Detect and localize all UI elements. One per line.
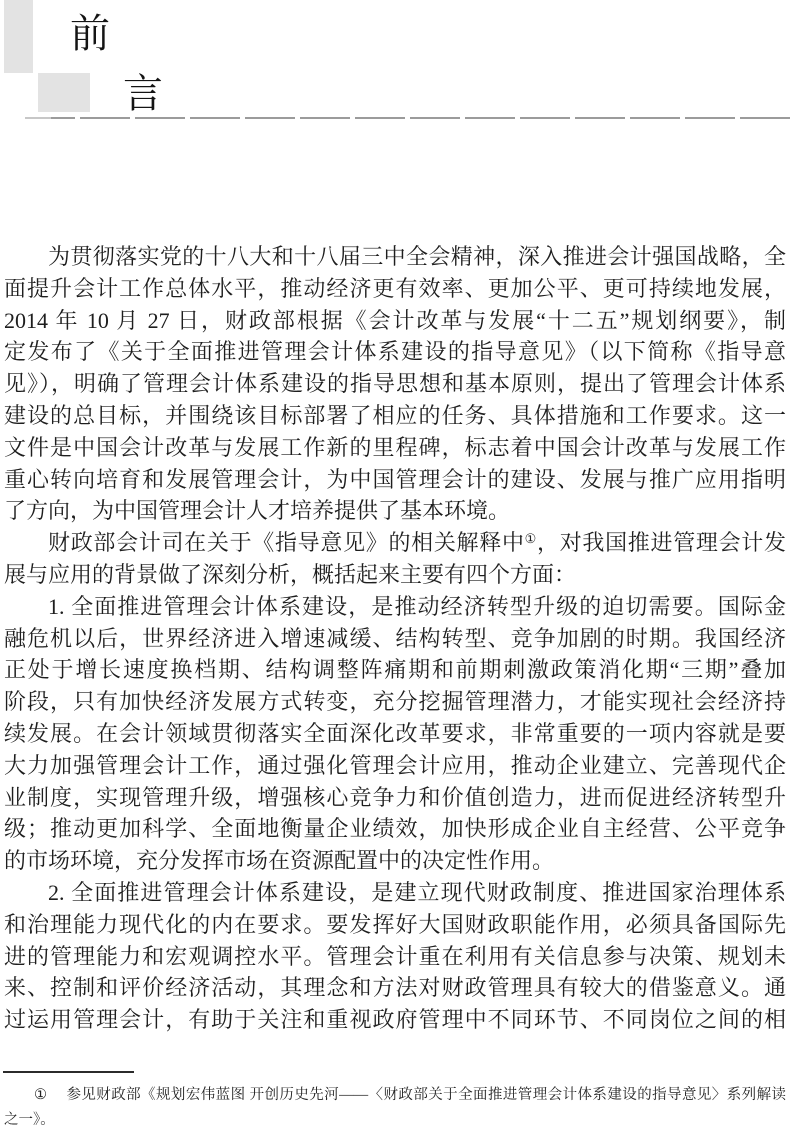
text-line: 重心转向培育和发展管理会计，为中国管理会计的建设、发展与推广应用指明: [4, 464, 786, 496]
text-line: 2014 年 10 月 27 日，财政部根据《会计改革与发展“十二五”规划纲要》…: [4, 305, 786, 337]
decor-square-bottom: [38, 73, 90, 112]
page-title-char-yan: 言: [123, 74, 163, 114]
header-dashed-rule: [25, 117, 790, 119]
text-line: 和治理能力现代化的内在要求。要发挥好大国财政职能作用，必须具备国际先: [4, 909, 786, 941]
footnote-marker: ①: [34, 1087, 47, 1103]
text-line: 大力加强管理会计工作，通过强化管理会计应用，推动企业建立、完善现代企: [4, 750, 786, 782]
text-line: 进的管理能力和宏观调控水平。管理会计重在利用有关信息参与决策、规划未: [4, 941, 786, 973]
text-line: 了方向，为中国管理会计人才培养提供了基本环境。: [4, 495, 786, 527]
text-line: 级；推动更加科学、全面地衡量企业绩效，加快形成企业自主经营、公平竞争: [4, 813, 786, 845]
text-line: 2. 全面推进管理会计体系建设，是建立现代财政制度、推进国家治理体系: [4, 877, 786, 909]
footnote-text: 参见财政部《规划宏伟蓝图 开创历史先河——〈财政部关于全面推进管理会计体系建设的…: [66, 1087, 786, 1103]
paragraph: 2. 全面推进管理会计体系建设，是建立现代财政制度、推进国家治理体系和治理能力现…: [4, 877, 786, 1036]
text-line: 业制度，实现管理升级，增强核心竞争力和价值创造力，进而促进经济转型升: [4, 782, 786, 814]
text-line: 正处于增长速度换档期、结构调整阵痛期和前期刺激政策消化期“三期”叠加: [4, 654, 786, 686]
text-line: 见》），明确了管理会计体系建设的指导思想和基本原则，提出了管理会计体系: [4, 368, 786, 400]
text-line: 阶段，只有加快经济发展方式转变，充分挖掘管理潜力，才能实现社会经济持: [4, 686, 786, 718]
footnote-ref-marker: ①: [525, 531, 537, 546]
text-line: 定发布了《关于全面推进管理会计体系建设的指导意见》（以下简称《指导意: [4, 336, 786, 368]
text-line: 财政部会计司在关于《指导意见》的相关解释中①，对我国推进管理会计发: [4, 527, 786, 559]
paragraph: 1. 全面推进管理会计体系建设，是推动经济转型升级的迫切需要。国际金融危机以后，…: [4, 591, 786, 877]
text-line: 的市场环境，充分发挥市场在资源配置中的决定性作用。: [4, 845, 786, 877]
text-line: 续发展。在会计领域贯彻落实全面深化改革要求，非常重要的一项内容就是要: [4, 718, 786, 750]
text-line: 文件是中国会计改革与发展工作新的里程碑，标志着中国会计改革与发展工作: [4, 432, 786, 464]
footnote-rule: [3, 1071, 134, 1073]
paragraph: 财政部会计司在关于《指导意见》的相关解释中①，对我国推进管理会计发展与应用的背景…: [4, 527, 786, 591]
paragraph: 为贯彻落实党的十八大和十八届三中全会精神，深入推进会计强国战略，全面提升会计工作…: [4, 241, 786, 527]
footnote-line-2: 之一》。: [4, 1108, 786, 1131]
page-title-char-qian: 前: [70, 14, 110, 54]
text-line: 1. 全面推进管理会计体系建设，是推动经济转型升级的迫切需要。国际金: [4, 591, 786, 623]
text-line: 展与应用的背景做了深刻分析，概括起来主要有四个方面：: [4, 559, 786, 591]
body-text: 为贯彻落实党的十八大和十八届三中全会精神，深入推进会计强国战略，全面提升会计工作…: [4, 241, 786, 1036]
text-line: 为贯彻落实党的十八大和十八届三中全会精神，深入推进会计强国战略，全: [4, 241, 786, 273]
text-line: 面提升会计工作总体水平，推动经济更有效率、更加公平、更可持续地发展，: [4, 273, 786, 305]
text-line: 融危机以后，世界经济进入增速减缓、结构转型、竞争加剧的时期。我国经济: [4, 623, 786, 655]
footnote: ①参见财政部《规划宏伟蓝图 开创历史先河——〈财政部关于全面推进管理会计体系建设…: [4, 1083, 786, 1131]
text-line: 建设的总目标，并围绕该目标部署了相应的任务、具体措施和工作要求。这一: [4, 400, 786, 432]
decor-square-top: [4, 0, 33, 73]
text-line: 来、控制和评价经济活动，其理念和方法对财政管理具有较大的借鉴意义。通: [4, 972, 786, 1004]
header-dashed-rule-first-segment: [25, 117, 51, 119]
text-line: 过运用管理会计，有助于关注和重视政府管理中不同环节、不同岗位之间的相: [4, 1004, 786, 1036]
footnote-line-1: ①参见财政部《规划宏伟蓝图 开创历史先河——〈财政部关于全面推进管理会计体系建设…: [4, 1083, 786, 1108]
page-root: { "page_title": { "full": "前言", "char1":…: [0, 0, 790, 1131]
